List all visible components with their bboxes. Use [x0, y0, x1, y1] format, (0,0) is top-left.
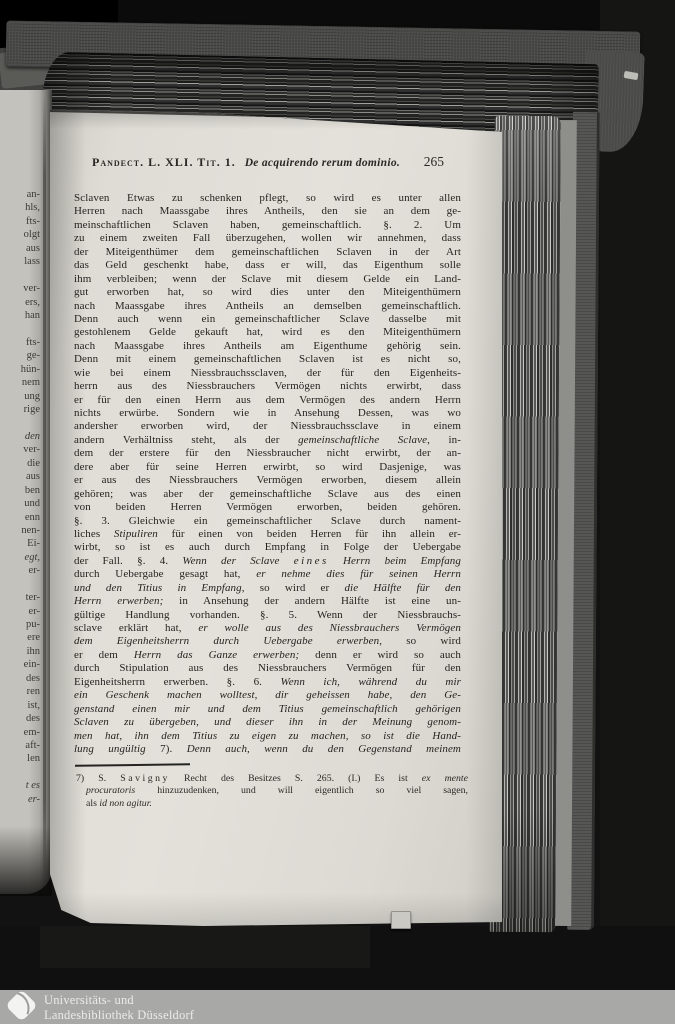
body-line: das Geld geschenkt habe, dass er will, d… — [74, 259, 461, 272]
footnote-line: 7) S. Savigny Recht des Besitzes S. 265.… — [76, 773, 468, 785]
fragment-line: an- — [0, 188, 40, 201]
fragment-line: ver- — [0, 282, 40, 295]
fragment-line: den — [0, 430, 40, 443]
body-line: gültige Handlung vorhanden. §. 5. Wenn d… — [74, 609, 461, 622]
fragment-line: ein- — [0, 658, 40, 671]
running-header: Pandect. L. XLI. Tit. 1. De acquirendo r… — [92, 154, 444, 170]
fragment-line: des — [0, 672, 40, 685]
ulb-duesseldorf-logo-icon — [5, 991, 39, 1022]
body-line: dere aber für seine Herren erwirbt, so w… — [74, 461, 461, 474]
library-name-line2: Landesbibliothek Düsseldorf — [44, 1008, 194, 1023]
body-line: ihm verbleiben; wenn der Sclave mit dies… — [74, 273, 461, 286]
footnote-line: als id non agitur. — [76, 798, 468, 810]
body-line: von beiden Herren Vermögen erworben, bei… — [74, 501, 461, 514]
fragment-line — [0, 322, 40, 335]
body-line: Eigenheitsherrn erwerben. §. 6. Wenn ich… — [74, 676, 461, 689]
fragment-line: er- — [0, 793, 40, 806]
fragment-line: aft- — [0, 739, 40, 752]
library-banner: Universitäts- und Landesbibliothek Düsse… — [0, 990, 675, 1024]
logo-book-shape — [5, 989, 38, 1022]
body-line: Sclaven zu übergeben, und dieser ihn in … — [74, 716, 461, 729]
fragment-line: lass — [0, 255, 40, 268]
body-line: er dem Herrn das Ganze erwerben; denn er… — [74, 649, 461, 662]
body-line: andersher erworben wird, der Niessbrauch… — [74, 420, 461, 433]
gutter-crease — [43, 96, 46, 896]
fragment-line: olgt — [0, 228, 40, 241]
fragment-line: nen- — [0, 524, 40, 537]
book-page: Pandect. L. XLI. Tit. 1. De acquirendo r… — [50, 96, 502, 926]
body-line: Denn auch wenn ein gemeinschaftlicher Sc… — [74, 313, 461, 326]
fragment-line: ge- — [0, 349, 40, 362]
body-line: gestohlenem Gelde gekauft hat, wird es d… — [74, 326, 461, 339]
fragment-line: len — [0, 752, 40, 765]
footnote-block: 7) S. Savigny Recht des Besitzes S. 265.… — [76, 773, 468, 810]
fragment-line: Ei- — [0, 537, 40, 550]
header-title-abbrev: Pandect. L. XLI. Tit. 1. — [92, 155, 236, 170]
body-line: gut erworben hat, so wird dies unter den… — [74, 286, 461, 299]
body-line: sclave erklärt hat, er wolle aus des Nie… — [74, 622, 461, 635]
fragment-line: enn — [0, 511, 40, 524]
fragment-line: hls, — [0, 201, 40, 214]
body-line: Herren nach Maassgabe ihres Antheils, de… — [74, 205, 461, 218]
fragment-line: ung — [0, 390, 40, 403]
body-text-block: Sclaven Etwas zu schenken pflegt, so wir… — [74, 192, 461, 756]
fragment-line: ihn — [0, 645, 40, 658]
scanner-bed-bottom-shadow — [40, 926, 370, 968]
body-line: wie bei einem Niessbrauchssclaven, der f… — [74, 367, 461, 380]
body-line: zu einem zweiten Fall überzugehen, wolle… — [74, 232, 461, 245]
fragment-line: t es — [0, 779, 40, 792]
fragment-line: egt, — [0, 551, 40, 564]
fragment-line: han — [0, 309, 40, 322]
fragment-line: hün- — [0, 363, 40, 376]
fragment-line — [0, 269, 40, 282]
body-line: er für den einen Herrn aus dem Vermögen … — [74, 394, 461, 407]
fragment-line: aus — [0, 242, 40, 255]
fragment-line: ere — [0, 631, 40, 644]
page-number: 265 — [424, 154, 444, 170]
body-line: der Fall. §. 4. Wenn der Sclave eines He… — [74, 555, 461, 568]
library-name-line1: Universitäts- und — [44, 993, 194, 1008]
body-line: nichts erwürbe. Sondern wie in Ansehung … — [74, 407, 461, 420]
body-line: men hat, ihn dem Titius zu eigen zu mach… — [74, 730, 461, 743]
fragment-line: ben — [0, 484, 40, 497]
fragment-line: aus — [0, 470, 40, 483]
fragment-line: nem — [0, 376, 40, 389]
fragment-line — [0, 766, 40, 779]
body-line: nach Maassgabe ihres Antheils an demselb… — [74, 300, 461, 313]
body-line: nach Maassgabe ihres Antheils am Eigenth… — [74, 340, 461, 353]
body-line: dem der erstere für den Niessbraucher ni… — [74, 447, 461, 460]
fragment-line: ter- — [0, 591, 40, 604]
body-line: Herrn erwerben; in Ansehung der andern H… — [74, 595, 461, 608]
fragment-line: rige — [0, 403, 40, 416]
fragment-line: pu- — [0, 618, 40, 631]
fragment-line: ers, — [0, 296, 40, 309]
body-line: meinschaftlichen Sclaven haben, gemeinsc… — [74, 219, 461, 232]
body-line: Denn mit einem gemeinschaftlichen Sclave… — [74, 353, 461, 366]
body-line: durch Stipulation aus des Niessbrauchers… — [74, 662, 461, 675]
fragment-line: er- — [0, 564, 40, 577]
page-marker-tab — [391, 911, 411, 929]
scanner-bed-right — [600, 0, 675, 1024]
fragment-line: ver- — [0, 443, 40, 456]
body-line: ein Geschenk machen wolltest, dir geheis… — [74, 689, 461, 702]
fragment-line: die — [0, 457, 40, 470]
footnote-separator-rule — [75, 763, 190, 767]
body-line: herrn aus des Niessbrauchers Vermögen ni… — [74, 380, 461, 393]
body-line: lung ungültig 7). Denn auch, wenn du den… — [74, 743, 461, 756]
fragment-line: em- — [0, 726, 40, 739]
body-line: gehören; was aber der gemeinschaftliche … — [74, 488, 461, 501]
body-line: und den Titius in Empfang, so wird er di… — [74, 582, 461, 595]
fragment-line: und — [0, 497, 40, 510]
fragment-line: ren — [0, 685, 40, 698]
fragment-line: fts- — [0, 215, 40, 228]
body-line: der Miteigenthümer dem gemeinschaftliche… — [74, 246, 461, 259]
body-line: andern Verhältniss steht, als der gemein… — [74, 434, 461, 447]
body-line: §. 3. Gleichwie ein gemeinschaftlicher S… — [74, 515, 461, 528]
fragment-line: ist, — [0, 699, 40, 712]
library-name: Universitäts- und Landesbibliothek Düsse… — [44, 993, 194, 1022]
body-line: Sclaven Etwas zu schenken pflegt, so wir… — [74, 192, 461, 205]
body-line: wirbt, so ist es auch durch Empfang in F… — [74, 541, 461, 554]
book-scan-viewport: an-hls,fts-olgtauslassver-ers,hanfts-ge-… — [0, 0, 675, 1024]
body-line: durch Uebergabe gesagt hat, er nehme die… — [74, 568, 461, 581]
fragment-line: des — [0, 712, 40, 725]
fragment-line: er- — [0, 605, 40, 618]
body-line: dem Eigenheitsherrn durch Uebergabe erwe… — [74, 635, 461, 648]
fragment-line — [0, 578, 40, 591]
facing-page-text-fragments: an-hls,fts-olgtauslassver-ers,hanfts-ge-… — [0, 188, 40, 806]
body-line: liches Stipuliren für einen von beiden H… — [74, 528, 461, 541]
fragment-line: fts- — [0, 336, 40, 349]
body-line: genstand einen mir und dem Titius gemein… — [74, 703, 461, 716]
body-line: er aus des Niessbrauchers Vermögen erwor… — [74, 474, 461, 487]
header-chapter-title: De acquirendo rerum dominio. — [245, 157, 400, 169]
footnote-line: procuratoris hinzuzudenken, und will eig… — [76, 785, 468, 797]
fragment-line — [0, 416, 40, 429]
